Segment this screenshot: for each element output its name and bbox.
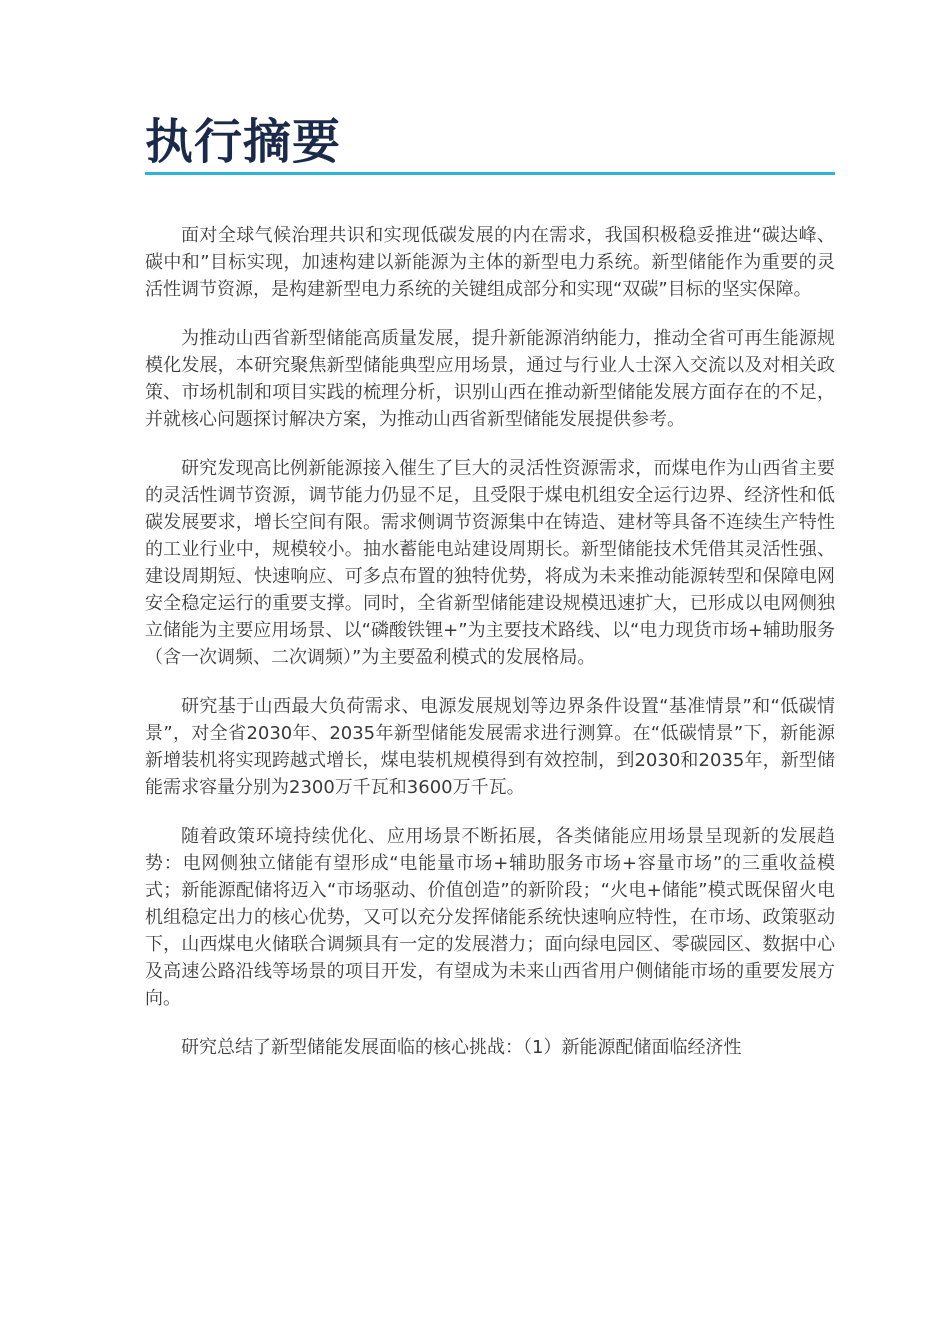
paragraph-findings: 研究发现高比例新能源接入催生了巨大的灵活性资源需求，而煤电作为山西省主要的灵活性… [145, 455, 835, 671]
paragraph-purpose: 为推动山西省新型储能高质量发展，提升新能源消纳能力，推动全省可再生能源规模化发展… [145, 325, 835, 433]
paragraph-intro: 面对全球气候治理共识和实现低碳发展的内在需求，我国积极稳妥推进“碳达峰、碳中和”… [145, 222, 835, 303]
body-text: 面对全球气候治理共识和实现低碳发展的内在需求，我国积极稳妥推进“碳达峰、碳中和”… [145, 222, 835, 1083]
title-divider [145, 172, 835, 175]
page-title: 执行摘要 [145, 110, 341, 174]
paragraph-scenarios: 研究基于山西最大负荷需求、电源发展规划等边界条件设置“基准情景”和“低碳情景”，… [145, 693, 835, 801]
paragraph-challenges: 研究总结了新型储能发展面临的核心挑战：（1）新能源配储面临经济性 [145, 1034, 835, 1061]
paragraph-trends: 随着政策环境持续优化、应用场景不断拓展，各类储能应用场景呈现新的发展趋势：电网侧… [145, 823, 835, 1012]
